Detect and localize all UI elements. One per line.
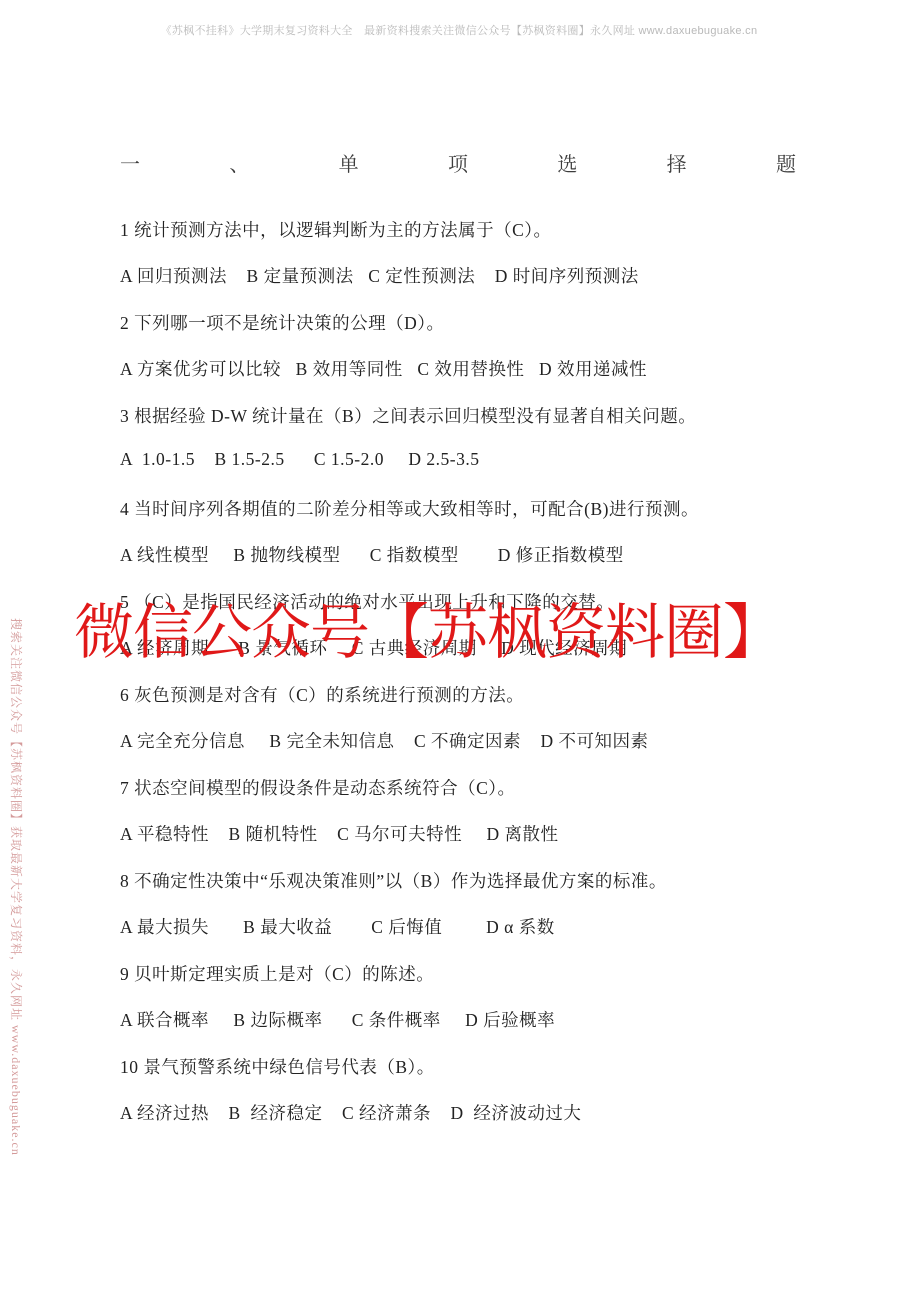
options-text: A 线性模型 B 抛物线模型 C 指数模型 D 修正指数模型 <box>120 542 820 567</box>
title-char: 、 <box>229 148 249 177</box>
question-text: 3 根据经验 D-W 统计量在（B）之间表示回归模型没有显著自相关问题。 <box>120 403 820 428</box>
title-char: 项 <box>448 148 468 177</box>
options-text: A 回归预测法 B 定量预测法 C 定性预测法 D 时间序列预测法 <box>120 263 820 288</box>
section-title: 一、单项选择题 <box>120 148 796 177</box>
options-text: A 联合概率 B 边际概率 C 条件概率 D 后验概率 <box>120 1007 820 1032</box>
options-text: A 平稳特性 B 随机特性 C 马尔可夫特性 D 离散性 <box>120 821 820 846</box>
question-text: 8 不确定性决策中“乐观决策准则”以（B）作为选择最优方案的标准。 <box>120 868 820 893</box>
question-text: 4 当时间序列各期值的二阶差分相等或大致相等时，可配合(B)进行预测。 <box>120 496 820 521</box>
document-page: 《苏枫不挂科》大学期末复习资料大全 最新资料搜索关注微信公众号【苏枫资料圈】永久… <box>0 0 918 1298</box>
question-text: 10 景气预警系统中绿色信号代表（B）。 <box>120 1054 820 1079</box>
page-header-watermark: 《苏枫不挂科》大学期末复习资料大全 最新资料搜索关注微信公众号【苏枫资料圈】永久… <box>0 22 918 38</box>
question-text: 7 状态空间模型的假设条件是动态系统符合（C）。 <box>120 775 820 800</box>
red-watermark: 微信公众号【苏枫资料圈】 <box>74 600 918 666</box>
options-text: A 方案优劣可以比较 B 效用等同性 C 效用替换性 D 效用递减性 <box>120 356 820 381</box>
title-char: 一 <box>120 148 140 177</box>
question-text: 9 贝叶斯定理实质上是对（C）的陈述。 <box>120 961 820 986</box>
title-char: 单 <box>339 148 359 177</box>
options-text: A 1.0-1.5 B 1.5-2.5 C 1.5-2.0 D 2.5-3.5 <box>120 449 820 470</box>
options-text: A 完全充分信息 B 完全未知信息 C 不确定因素 D 不可知因素 <box>120 728 820 753</box>
question-text: 1 统计预测方法中，以逻辑判断为主的方法属于（C）。 <box>120 217 820 242</box>
left-vertical-watermark: 搜索关注微信公众号【苏枫资料圈】获取最新大学复习资料，永久网址 www.daxu… <box>8 618 25 1178</box>
options-text: A 最大损失 B 最大收益 C 后悔值 D α 系数 <box>120 914 820 939</box>
title-char: 选 <box>557 148 577 177</box>
title-char: 题 <box>776 148 796 177</box>
options-text: A 经济过热 B 经济稳定 C 经济萧条 D 经济波动过大 <box>120 1100 820 1125</box>
title-char: 择 <box>667 148 687 177</box>
question-text: 2 下列哪一项不是统计决策的公理（D）。 <box>120 310 820 335</box>
question-text: 6 灰色预测是对含有（C）的系统进行预测的方法。 <box>120 682 820 707</box>
